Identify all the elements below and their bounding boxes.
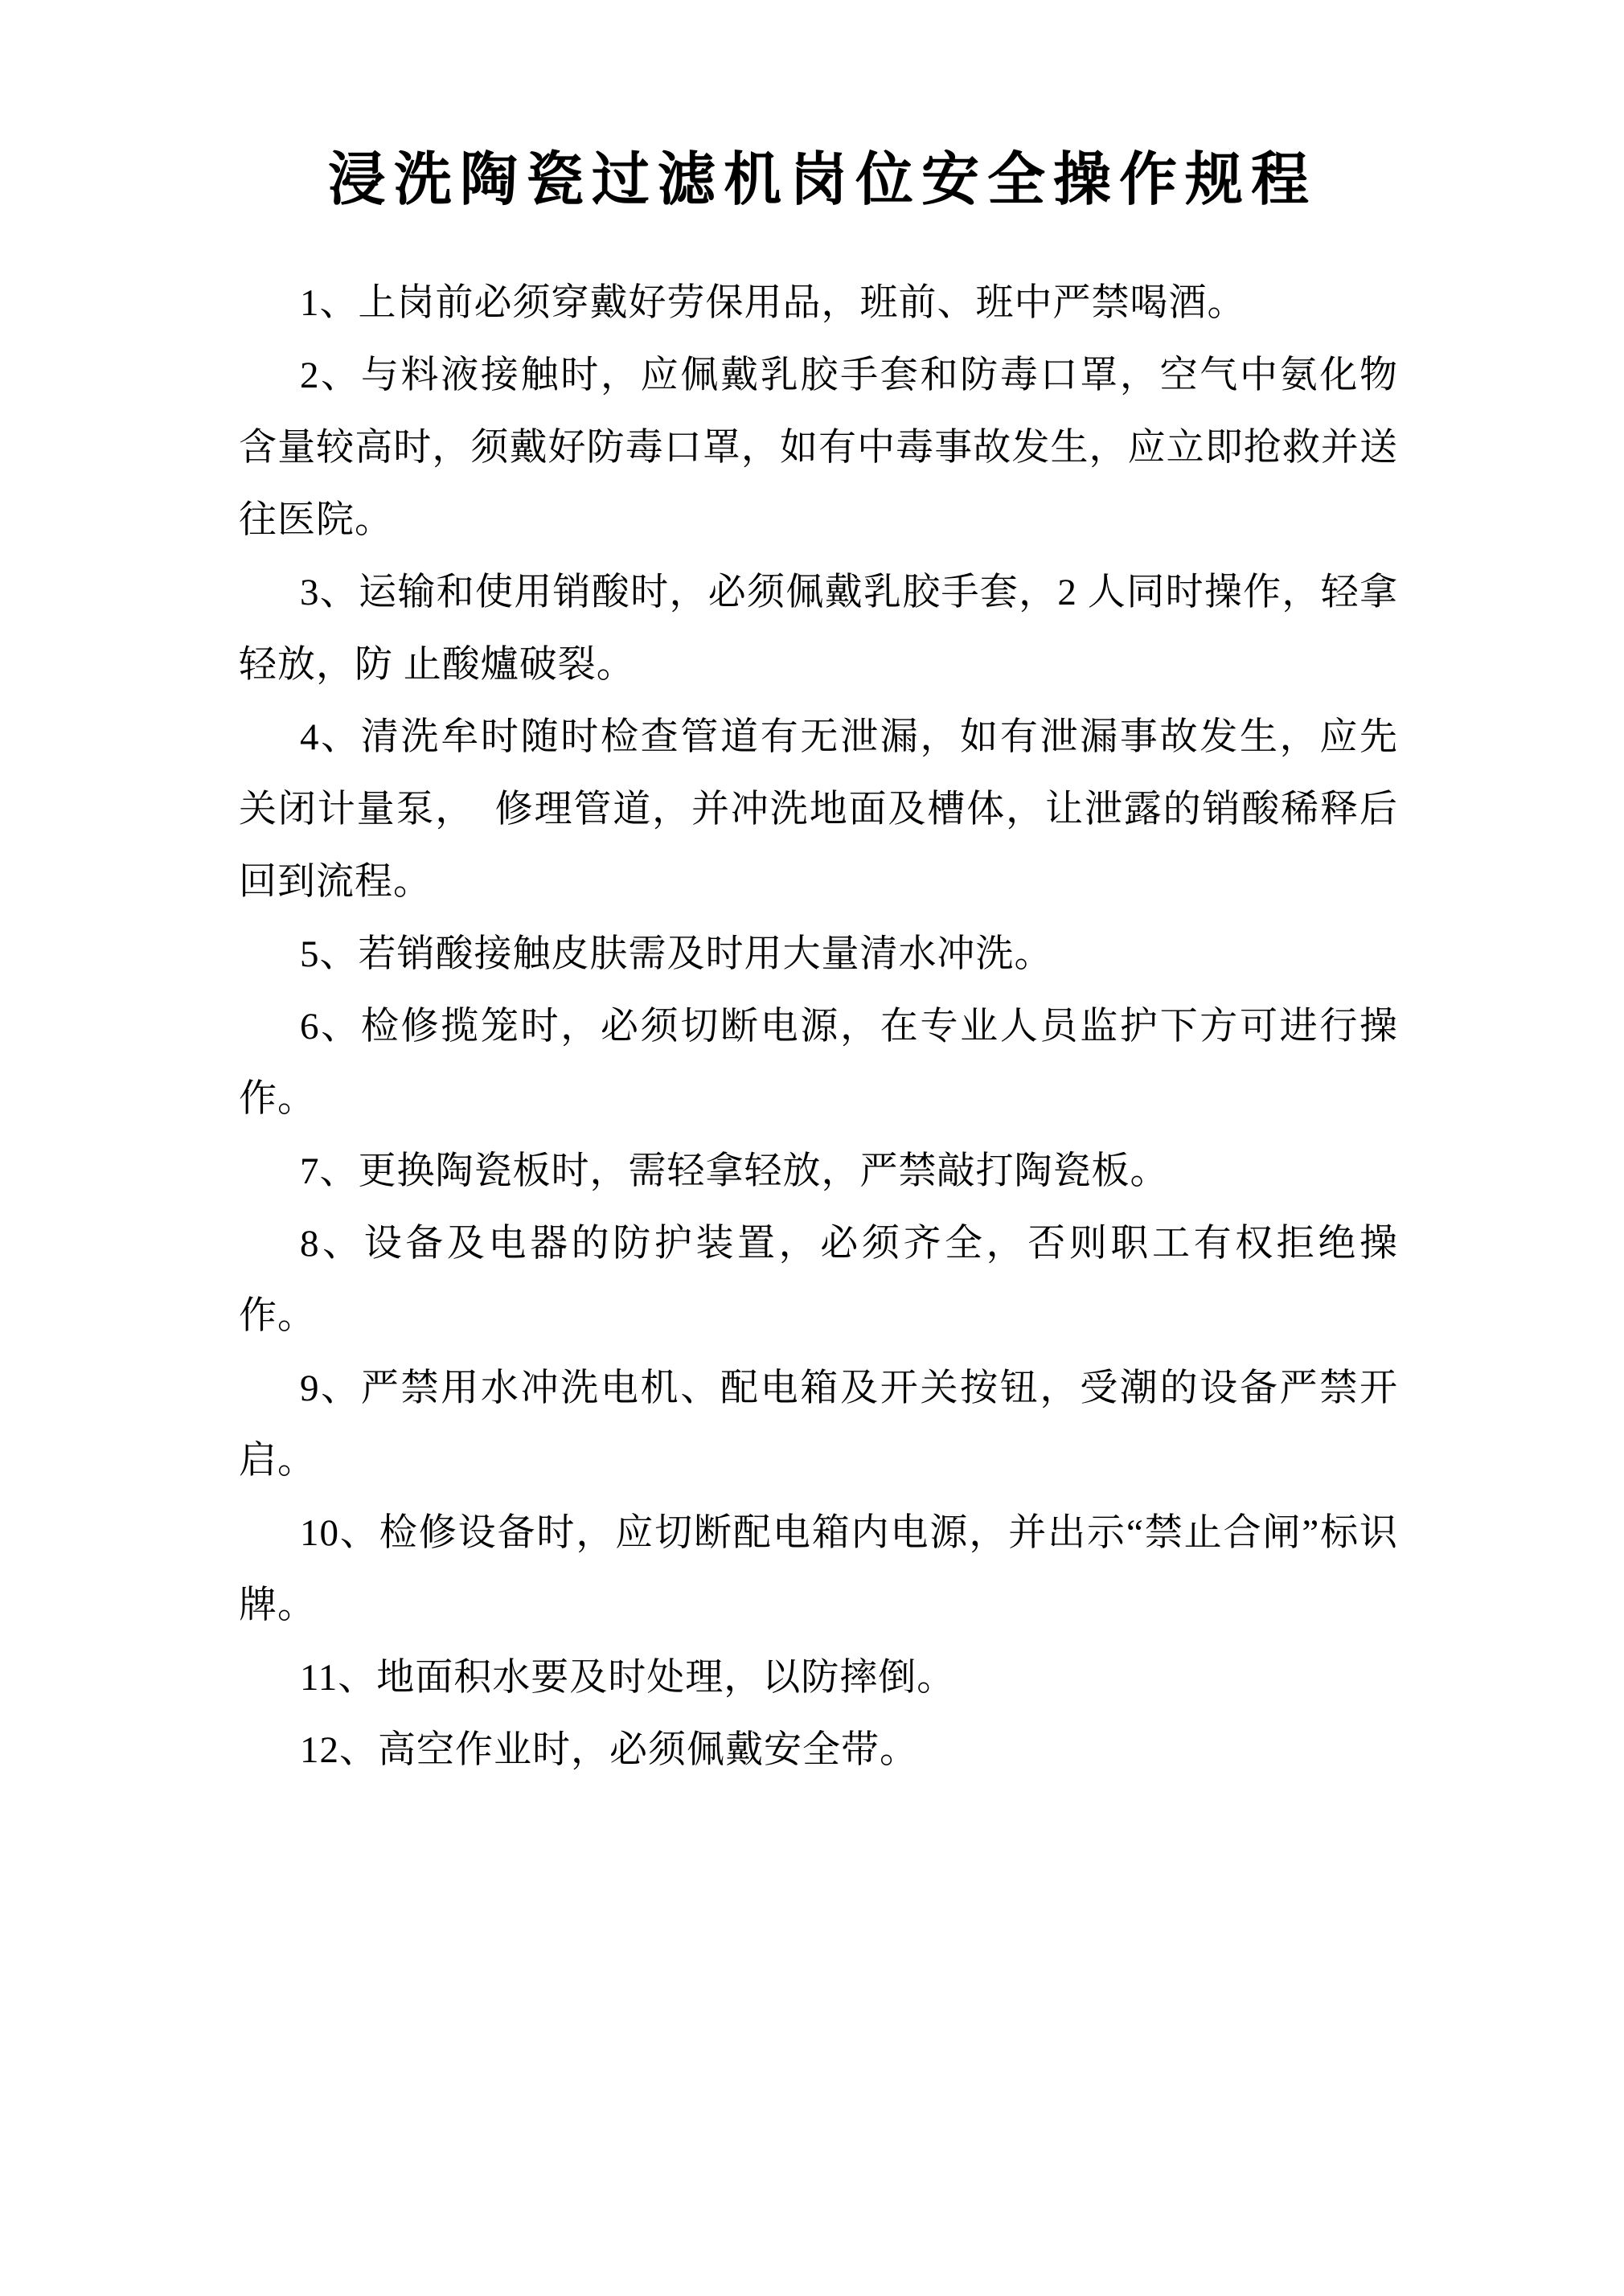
document-body: 1、上岗前必须穿戴好劳保用品，班前、班中严禁喝酒。2、与料液接触时，应佩戴乳胶手… — [239, 267, 1398, 1786]
procedure-item: 2、与料液接触时，应佩戴乳胶手套和防毒口罩，空气中氨化物含量较高时，须戴好防毒口… — [239, 339, 1398, 556]
procedure-item: 9、严禁用水冲洗电机、配电箱及开关按钮，受潮的设备严禁开启。 — [239, 1352, 1398, 1497]
procedure-item: 6、检修揽笼时，必须切断电源，在专业人员监护下方可进行操作。 — [239, 990, 1398, 1135]
procedure-item: 10、检修设备时，应切断配电箱内电源，并出示“禁止合闸”标识牌。 — [239, 1497, 1398, 1642]
procedure-item: 11、地面积水要及时处理，以防摔倒。 — [239, 1642, 1398, 1714]
document-page: 浸洗陶瓷过滤机岗位安全操作规程 1、上岗前必须穿戴好劳保用品，班前、班中严禁喝酒… — [0, 0, 1624, 2296]
procedure-item: 7、更换陶瓷板时，需轻拿轻放，严禁敲打陶瓷板。 — [239, 1135, 1398, 1207]
procedure-item: 5、若销酸接触皮肤需及时用大量清水冲洗。 — [239, 918, 1398, 990]
procedure-item: 8、设备及电器的防护装置，必须齐全，否则职工有权拒绝操作。 — [239, 1207, 1398, 1352]
procedure-item: 12、高空作业时，必须佩戴安全带。 — [239, 1714, 1398, 1786]
procedure-item: 1、上岗前必须穿戴好劳保用品，班前、班中严禁喝酒。 — [239, 267, 1398, 339]
document-title: 浸洗陶瓷过滤机岗位安全操作规程 — [239, 135, 1398, 225]
procedure-item: 4、清洗牟时随时检查管道有无泄漏，如有泄漏事故发生，应先关闭计量泵， 修理管道，… — [239, 701, 1398, 918]
procedure-item: 3、运输和使用销酸时，必须佩戴乳胶手套，2 人同时操作，轻拿轻放，防 止酸爐破裂… — [239, 556, 1398, 701]
